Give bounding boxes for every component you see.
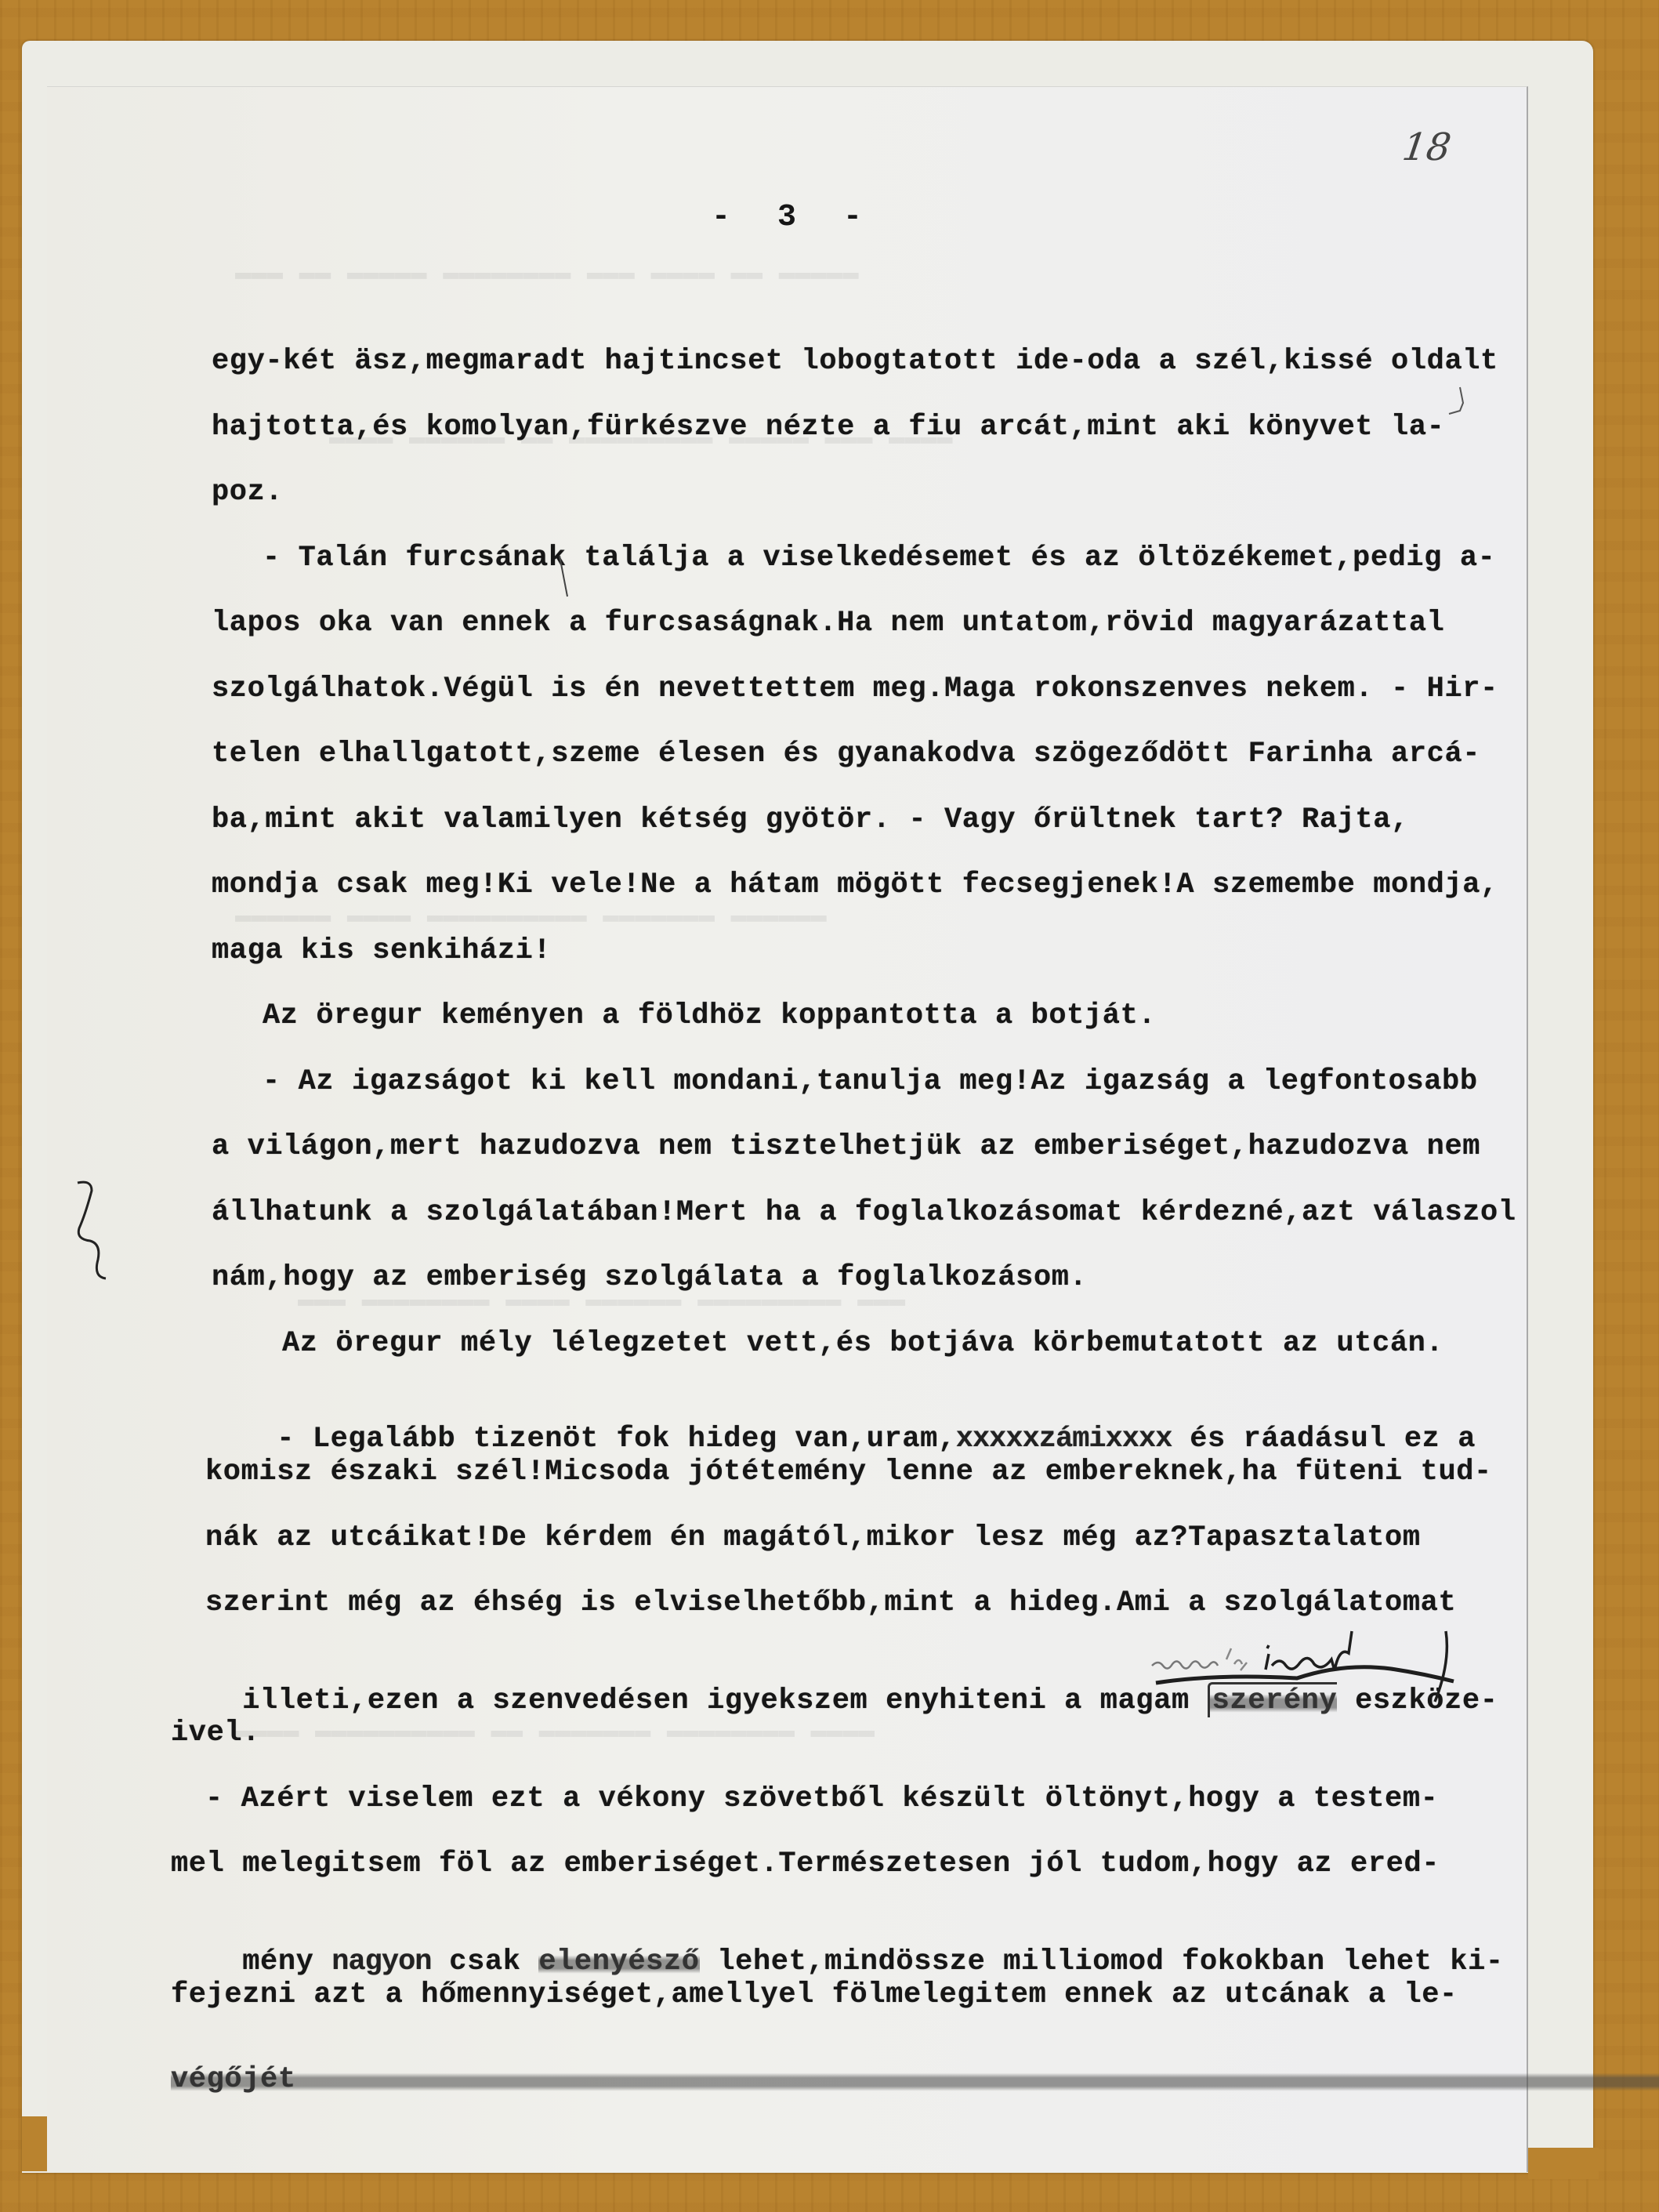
text-line: nám,hogy az emberiség szolgálata a fogla… — [212, 1261, 1087, 1294]
text-line: állhatunk a szolgálatában!Mert ha a fogl… — [212, 1196, 1516, 1229]
line-text: illeti,ezen a szenvedésen igyekszem enyh… — [242, 1684, 1207, 1717]
document-body: - 3 - 18 egy-két äsz,megmaradt hajtincse… — [0, 0, 1659, 2212]
struck-out-text: nagyon — [331, 1945, 431, 1978]
text-line: komisz északi szél!Micsoda jótétemény le… — [205, 1456, 1492, 1489]
text-line: szerint még az éhség is elviselhetőbb,mi… — [205, 1586, 1456, 1619]
text-line: ba,mint akit valamilyen kétség gyötör. -… — [212, 803, 1409, 836]
text-line: - Talán furcsának találja a viselkedésem… — [263, 542, 1495, 575]
margin-brace-mark — [74, 1180, 114, 1282]
text-line: nák az utcáikat!De kérdem én magától,mik… — [205, 1521, 1421, 1554]
text-line: mondja csak meg!Ki vele!Ne a hátam mögöt… — [212, 868, 1498, 901]
text-line: a világon,mert hazudozva nem tisztelhetj… — [212, 1130, 1480, 1163]
text-line: Az öregur keményen a földhöz koppantotta… — [263, 999, 1156, 1032]
line-text: - Legalább tizenöt fok hideg van,uram, — [277, 1423, 956, 1456]
line-text: mény — [242, 1945, 331, 1978]
text-line: lapos oka van ennek a furcsaságnak.Ha ne… — [212, 607, 1444, 640]
text-line: poz. — [212, 476, 283, 509]
text-line: szolgálhatok.Végül is én nevettettem meg… — [212, 673, 1498, 705]
text-line: egy-két äsz,megmaradt hajtincset lobogta… — [212, 345, 1498, 378]
text-line: Az öregur mély lélegzetet vett,és botjáv… — [282, 1327, 1443, 1360]
text-line: - Azért viselem ezt a vékony szövetből k… — [205, 1782, 1438, 1815]
text-line: fejezni azt a hőmennyiséget,amellyel föl… — [171, 1978, 1458, 2011]
handwritten-correction — [1148, 1626, 1477, 1705]
line-text: lehet,mindössze milliomod fokokban lehet… — [700, 1945, 1504, 1978]
pencil-mark — [1446, 384, 1469, 431]
text-line: telen elhallgatott,szeme élesen és gyana… — [212, 738, 1480, 771]
handwritten-page-number: 18 — [1400, 125, 1454, 169]
line-text: és ráadásul ez a — [1172, 1423, 1476, 1456]
pencil-mark — [556, 553, 572, 600]
text-line: hajtotta,és komolyan,fürkészve nézte a f… — [212, 411, 1444, 444]
page-number: - 3 - — [712, 200, 876, 235]
text-line: maga kis senkiházi! — [212, 934, 551, 967]
struck-out-text: elenyésző — [538, 1945, 699, 1978]
line-text: csak — [431, 1945, 538, 1978]
struck-out-text: xxxxxzámixxxx — [956, 1423, 1172, 1456]
text-line: végőjét — [171, 2063, 1659, 2096]
text-line: - Az igazságot ki kell mondani,tanulja m… — [263, 1065, 1478, 1098]
text-line: ivel. — [171, 1717, 260, 1750]
text-line: mel melegitsem föl az emberiséget.Termés… — [171, 1848, 1440, 1880]
